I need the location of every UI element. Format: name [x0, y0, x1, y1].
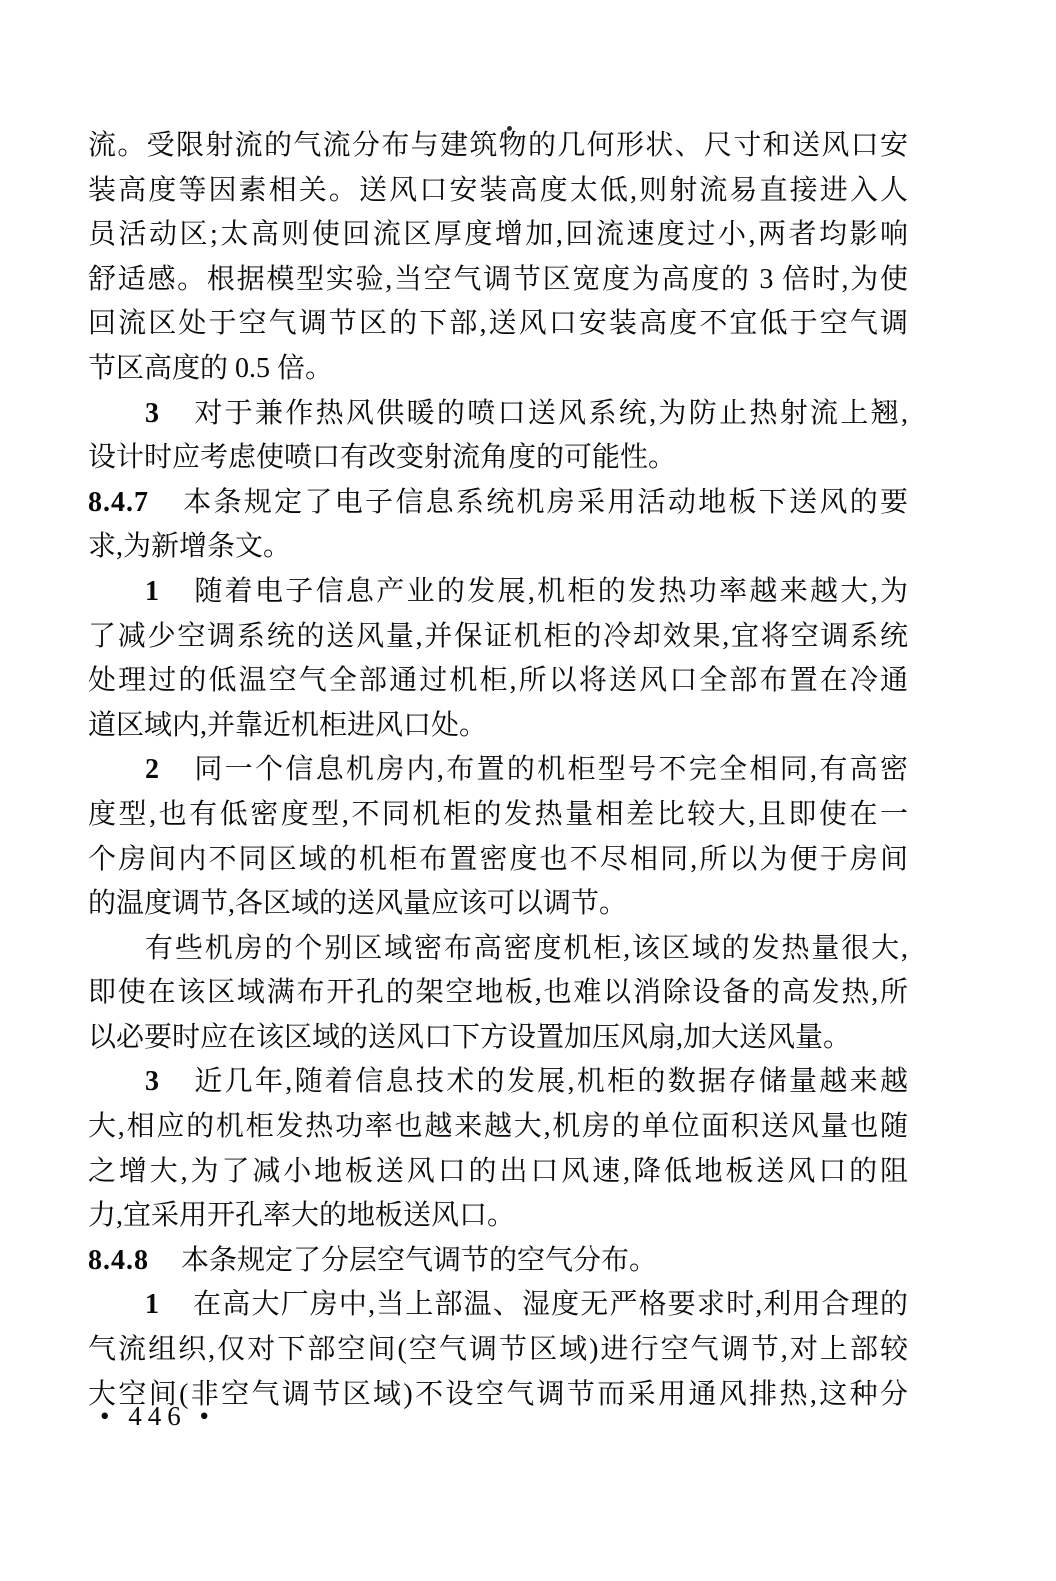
- text-line: 流。受限射流的气流分布与建筑物的几何形状、尺寸和送风口安: [88, 124, 908, 169]
- item-number: 3: [145, 398, 160, 429]
- line-text: 有些机房的个别区域密布高密度机柜,该区域的发热量很大,: [145, 933, 908, 964]
- line-text: 道区域内,并靠近机柜进风口处。: [88, 710, 487, 741]
- line-text: 力,宜采用开孔率大的地板送风口。: [88, 1200, 515, 1231]
- line-text: 本条规定了分层空气调节的空气分布。: [181, 1245, 657, 1276]
- item-number: 3: [145, 1066, 160, 1097]
- section-number: 8.4.7: [88, 487, 149, 518]
- numbered-item-line: 1在高大厂房中,当上部温、湿度无严格要求时,利用合理的: [88, 1283, 908, 1328]
- line-text: 回流区处于空气调节区的下部,送风口安装高度不宜低于空气调: [88, 308, 908, 339]
- text-line: 处理过的低温空气全部通过机柜,所以将送风口全部布置在冷通: [88, 659, 908, 704]
- text-line: 装高度等因素相关。送风口安装高度太低,则射流易直接进入人: [88, 169, 908, 214]
- line-text: 设计时应考虑使喷口有改变射流角度的可能性。: [88, 442, 676, 473]
- line-text: 即使在该区域满布开孔的架空地板,也难以消除设备的高发热,所: [88, 977, 908, 1008]
- line-text: 气流组织,仅对下部空间(空气调节区域)进行空气调节,对上部较: [88, 1334, 908, 1365]
- line-text: 度型,也有低密度型,不同机柜的发热量相差比较大,且即使在一: [88, 799, 908, 830]
- line-text: 大,相应的机柜发热功率也越来越大,机房的单位面积送风量也随: [88, 1111, 908, 1142]
- text-line: 求,为新增条文。: [88, 525, 908, 570]
- text-line: 以必要时应在该区域的送风口下方设置加压风扇,加大送风量。: [88, 1016, 908, 1061]
- line-text: 的温度调节,各区域的送风量应该可以调节。: [88, 888, 627, 919]
- line-text: 员活动区;太高则使回流区厚度增加,回流速度过小,两者均影响: [88, 219, 908, 250]
- text-line: 员活动区;太高则使回流区厚度增加,回流速度过小,两者均影响: [88, 213, 908, 258]
- line-text: 流。受限射流的气流分布与建筑物的几何形状、尺寸和送风口安: [88, 130, 908, 161]
- text-line: 气流组织,仅对下部空间(空气调节区域)进行空气调节,对上部较: [88, 1328, 908, 1373]
- text-line: 节区高度的 0.5 倍。: [88, 347, 908, 392]
- numbered-item-line: 2同一个信息机房内,布置的机柜型号不完全相同,有高密: [88, 748, 908, 793]
- section-number: 8.4.8: [88, 1245, 149, 1276]
- section-heading-line: 8.4.7本条规定了电子信息系统机房采用活动地板下送风的要: [88, 481, 908, 526]
- line-text: 近几年,随着信息技术的发展,机柜的数据存储量越来越: [192, 1066, 908, 1097]
- text-line: 有些机房的个别区域密布高密度机柜,该区域的发热量很大,: [88, 927, 908, 972]
- document-page: 流。受限射流的气流分布与建筑物的几何形状、尺寸和送风口安 装高度等因素相关。送风…: [0, 0, 1056, 1581]
- line-text: 本条规定了电子信息系统机房采用活动地板下送风的要: [181, 487, 908, 518]
- section-heading-line: 8.4.8本条规定了分层空气调节的空气分布。: [88, 1239, 908, 1284]
- line-text: 对于兼作热风供暖的喷口送风系统,为防止热射流上翘,: [192, 398, 908, 429]
- body-text-block: 流。受限射流的气流分布与建筑物的几何形状、尺寸和送风口安 装高度等因素相关。送风…: [88, 124, 908, 1417]
- text-line: 之增大,为了减小地板送风口的出口风速,降低地板送风口的阻: [88, 1150, 908, 1195]
- text-line: 度型,也有低密度型,不同机柜的发热量相差比较大,且即使在一: [88, 793, 908, 838]
- text-line: 舒适感。根据模型实验,当空气调节区宽度为高度的 3 倍时,为使: [88, 258, 908, 303]
- line-text: 处理过的低温空气全部通过机柜,所以将送风口全部布置在冷通: [88, 665, 908, 696]
- text-line: 力,宜采用开孔率大的地板送风口。: [88, 1194, 908, 1239]
- line-text: 舒适感。根据模型实验,当空气调节区宽度为高度的 3 倍时,为使: [88, 264, 908, 295]
- item-number: 2: [145, 754, 160, 785]
- text-line: 了减少空调系统的送风量,并保证机柜的冷却效果,宜将空调系统: [88, 615, 908, 660]
- text-line: 回流区处于空气调节区的下部,送风口安装高度不宜低于空气调: [88, 302, 908, 347]
- page-number: • 446 •: [100, 1396, 215, 1436]
- line-text: 节区高度的 0.5 倍。: [88, 353, 333, 384]
- text-line: 的温度调节,各区域的送风量应该可以调节。: [88, 882, 908, 927]
- text-line: 个房间内不同区域的机柜布置密度也不尽相同,所以为便于房间: [88, 838, 908, 883]
- line-text: 随着电子信息产业的发展,机柜的发热功率越来越大,为: [192, 576, 908, 607]
- line-text: 之增大,为了减小地板送风口的出口风速,降低地板送风口的阻: [88, 1156, 908, 1187]
- line-text: 个房间内不同区域的机柜布置密度也不尽相同,所以为便于房间: [88, 844, 908, 875]
- line-text: 了减少空调系统的送风量,并保证机柜的冷却效果,宜将空调系统: [88, 621, 908, 652]
- numbered-item-line: 1随着电子信息产业的发展,机柜的发热功率越来越大,为: [88, 570, 908, 615]
- text-line: 大,相应的机柜发热功率也越来越大,机房的单位面积送风量也随: [88, 1105, 908, 1150]
- line-text: 装高度等因素相关。送风口安装高度太低,则射流易直接进入人: [88, 175, 908, 206]
- text-line: 设计时应考虑使喷口有改变射流角度的可能性。: [88, 436, 908, 481]
- line-text: 同一个信息机房内,布置的机柜型号不完全相同,有高密: [192, 754, 908, 785]
- item-number: 1: [145, 1289, 160, 1320]
- numbered-item-line: 3对于兼作热风供暖的喷口送风系统,为防止热射流上翘,: [88, 392, 908, 437]
- line-text: 求,为新增条文。: [88, 531, 291, 562]
- numbered-item-line: 3近几年,随着信息技术的发展,机柜的数据存储量越来越: [88, 1060, 908, 1105]
- line-text: 在高大厂房中,当上部温、湿度无严格要求时,利用合理的: [192, 1289, 908, 1320]
- text-line: 即使在该区域满布开孔的架空地板,也难以消除设备的高发热,所: [88, 971, 908, 1016]
- item-number: 1: [145, 576, 160, 607]
- text-line: 道区域内,并靠近机柜进风口处。: [88, 704, 908, 749]
- line-text: 以必要时应在该区域的送风口下方设置加压风扇,加大送风量。: [88, 1022, 851, 1053]
